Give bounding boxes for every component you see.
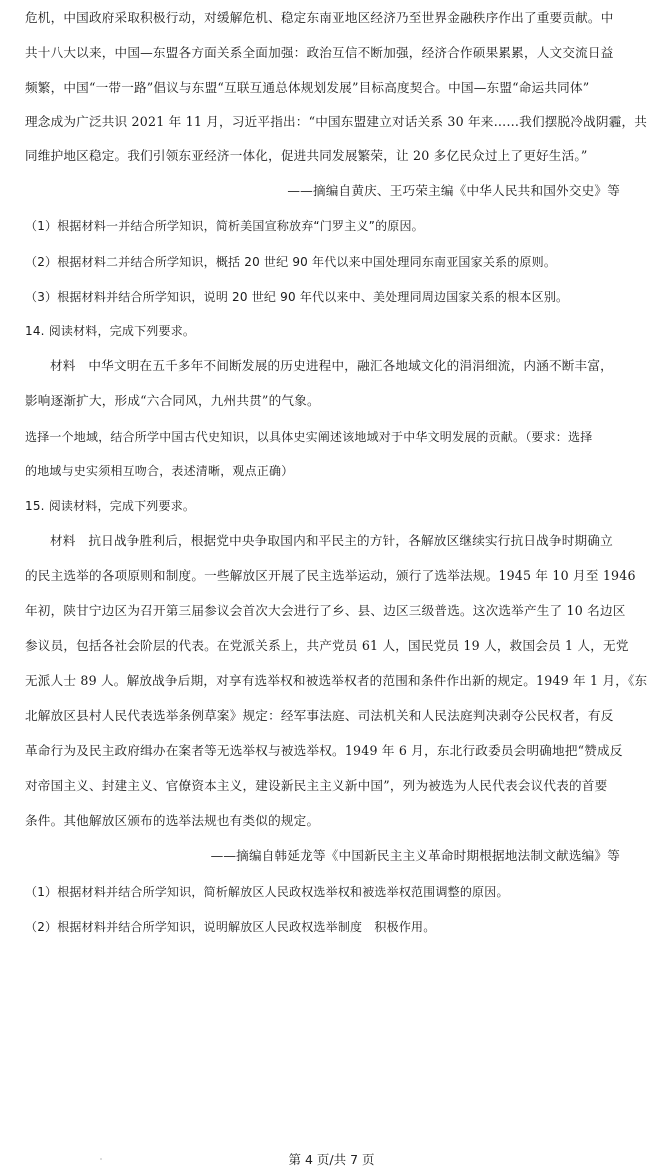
paragraph-line: 共十八大以来，中国—东盟各方面关系全面加强：政治互信不断加强，经济合作硕果累累，… (25, 45, 614, 61)
source-citation: ——摘编自黄庆、王巧荣主编《中华人民共和国外交史》等 (287, 183, 620, 199)
paragraph-line: 危机，中国政府采取积极行动，对缓解危机、稳定东南亚地区经济乃至世界金融秩序作出了… (25, 10, 614, 26)
paragraph-line: 频繁，中国“一带一路”倡议与东盟“互联互通总体规划发展”目标高度契合。中国—东盟… (25, 80, 589, 96)
subquestion-2: （2）根据材料并结合所学知识，说明解放区人民政权选举制度 积极作用。 (25, 919, 435, 935)
material-line: 参议员，包括各社会阶层的代表。在党派关系上，共产党员 61 人，国民党员 19 … (25, 638, 629, 654)
material-line: 对帝国主义、封建主义、官僚资本主义，建设新民主主义新中国”，列为被选为人民代表会… (25, 778, 607, 794)
subquestion-2: （2）根据材料二并结合所学知识，概括 20 世纪 90 年代以来中国处理同东南亚… (25, 254, 556, 270)
material-line: 影响逐渐扩大，形成“六合同风，九州共贯”的气象。 (25, 393, 320, 409)
material-line: 材料 中华文明在五千多年不间断发展的历史进程中，融汇各地域文化的涓涓细流，内涵不… (50, 358, 613, 374)
material-line: 材料 抗日战争胜利后，根据党中央争取国内和平民主的方针，各解放区继续实行抗日战争… (50, 533, 613, 549)
material-line: 无派人士 89 人。解放战争后期，对享有选举权和被选举权者的范围和条件作出新的规… (25, 673, 647, 689)
material-line: 革命行为及民主政府缉办在案者等无选举权与被选举权。1949 年 6 月，东北行政… (25, 743, 623, 759)
material-line: 年初，陕甘宁边区为召开第三届参议会首次大会进行了乡、县、边区三级普选。这次选举产… (25, 603, 626, 619)
subquestion-1: （1）根据材料一并结合所学知识，简析美国宣称放弃“门罗主义”的原因。 (25, 218, 424, 234)
paragraph-line: 同维护地区稳定。我们引领东亚经济一体化，促进共同发展繁荣，让 20 多亿民众过上… (25, 148, 588, 164)
paragraph-line: 理念成为广泛共识 2021 年 11 月，习近平指出：“中国东盟建立对话关系 3… (25, 114, 647, 130)
material-line: 条件。其他解放区颁布的选举法规也有类似的规定。 (25, 813, 319, 829)
task-line: 选择一个地域，结合所学中国古代史知识，以具体史实阐述该地域对于中华文明发展的贡献… (25, 429, 592, 445)
material-line: 北解放区县村人民代表选举条例草案》规定：经军事法庭、司法机关和人民法庭判决剥夺公… (25, 708, 614, 724)
material-line: 的民主选举的各项原则和制度。一些解放区开展了民主选举运动，颁行了选举法规。194… (25, 568, 636, 584)
question-15-heading: 15. 阅读材料，完成下列要求。 (25, 498, 195, 514)
subquestion-3: （3）根据材料并结合所学知识，说明 20 世纪 90 年代以来中、美处理同周边国… (25, 289, 568, 305)
subquestion-1: （1）根据材料并结合所学知识，简析解放区人民政权选举权和被选举权范围调整的原因。 (25, 884, 509, 900)
task-line: 的地域与史实须相互吻合，表述清晰，观点正确） (25, 463, 293, 479)
page-indicator: 第 4 页/共 7 页 (0, 1150, 663, 1168)
source-citation: ——摘编自韩延龙等《中国新民主主义革命时期根据地法制文献选编》等 (211, 848, 620, 864)
question-14-heading: 14. 阅读材料，完成下列要求。 (25, 323, 195, 339)
